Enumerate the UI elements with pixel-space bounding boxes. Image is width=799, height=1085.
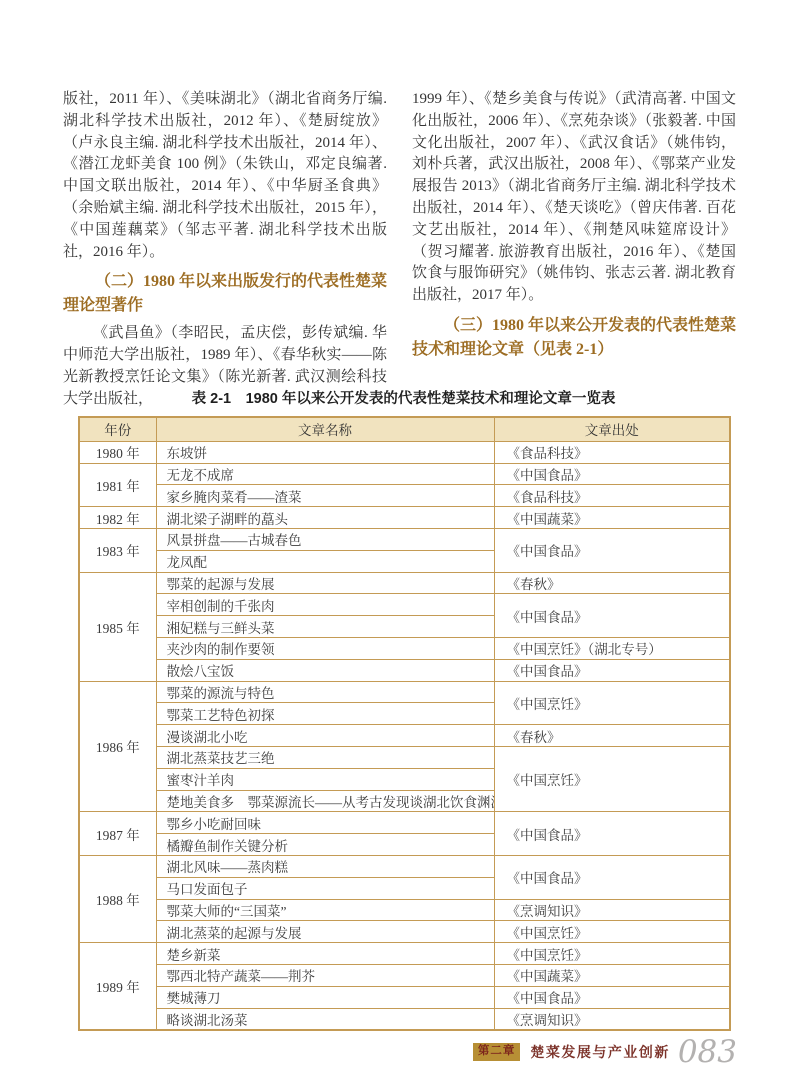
article-source-cell: 《中国食品》: [494, 659, 730, 681]
table-row: 1983 年风景拼盘——古城春色《中国食品》: [79, 528, 730, 550]
col-header-year: 年份: [79, 417, 156, 441]
article-title-cell: 马口发面包子: [156, 877, 494, 899]
article-source-cell: 《烹调知识》: [494, 899, 730, 921]
article-source-cell: 《食品科技》: [494, 485, 730, 507]
chapter-badge: 第二章: [473, 1043, 521, 1061]
table-block: 表 2-1 1980 年以来公开发表的代表性楚菜技术和理论文章一览表 年份 文章…: [78, 387, 729, 1031]
year-cell: 1980 年: [79, 441, 156, 463]
article-title-cell: 东坡饼: [156, 441, 494, 463]
year-cell: 1989 年: [79, 943, 156, 1031]
year-cell: 1987 年: [79, 812, 156, 856]
article-source-cell: 《春秋》: [494, 572, 730, 594]
article-title-cell: 湖北蒸菜的起源与发展: [156, 921, 494, 943]
article-source-cell: 《中国蔬菜》: [494, 507, 730, 529]
article-title-cell: 鄂西北特产蔬菜——荆芥: [156, 964, 494, 986]
col-header-source: 文章出处: [494, 417, 730, 441]
year-cell: 1983 年: [79, 528, 156, 572]
article-source-cell: 《中国烹饪》: [494, 746, 730, 811]
article-source-cell: 《中国食品》: [494, 594, 730, 638]
article-source-cell: 《中国食品》: [494, 528, 730, 572]
table-row: 漫谈湖北小吃《春秋》: [79, 725, 730, 747]
year-cell: 1985 年: [79, 572, 156, 681]
table-row: 1980 年东坡饼《食品科技》: [79, 441, 730, 463]
article-title-cell: 鄂菜大师的“三国菜”: [156, 899, 494, 921]
table-row: 宰相创制的千张肉《中国食品》: [79, 594, 730, 616]
article-title-cell: 湘妃糕与三鲜头菜: [156, 616, 494, 638]
article-title-cell: 蜜枣汁羊肉: [156, 768, 494, 790]
article-title-cell: 宰相创制的千张肉: [156, 594, 494, 616]
article-source-cell: 《烹调知识》: [494, 1008, 730, 1030]
article-title-cell: 略谈湖北汤菜: [156, 1008, 494, 1030]
table-row: 湖北蒸菜的起源与发展《中国烹饪》: [79, 921, 730, 943]
table-row: 鄂菜大师的“三国菜”《烹调知识》: [79, 899, 730, 921]
page-footer: 第二章 楚菜发展与产业创新 083: [0, 1034, 737, 1070]
article-title-cell: 楚地美食多 鄂菜源流长——从考古发现谈湖北饮食渊源: [156, 790, 494, 812]
article-title-cell: 夹沙肉的制作要领: [156, 637, 494, 659]
table-row: 散烩八宝饭《中国食品》: [79, 659, 730, 681]
article-source-cell: 《中国食品》: [494, 463, 730, 485]
right-column: 1999 年）、《楚乡美食与传说》（武清高著. 中国文化出版社，2006 年）、…: [412, 89, 736, 367]
article-source-cell: 《中国食品》: [494, 986, 730, 1008]
left-column: 版社，2011 年）、《美味湖北》（湖北省商务厅编. 湖北科学技术出版社，201…: [63, 89, 387, 411]
article-title-cell: 无龙不成席: [156, 463, 494, 485]
article-source-cell: 《中国烹饪》: [494, 921, 730, 943]
article-title-cell: 湖北梁子湖畔的藠头: [156, 507, 494, 529]
article-source-cell: 《中国食品》: [494, 855, 730, 899]
article-title-cell: 樊城薄刀: [156, 986, 494, 1008]
table-row: 1989 年楚乡新菜《中国烹饪》: [79, 943, 730, 965]
article-source-cell: 《食品科技》: [494, 441, 730, 463]
article-title-cell: 鄂菜的源流与特色: [156, 681, 494, 703]
articles-table: 年份 文章名称 文章出处 1980 年东坡饼《食品科技》1981 年无龙不成席《…: [78, 416, 731, 1031]
table-row: 1985 年鄂菜的起源与发展《春秋》: [79, 572, 730, 594]
table-row: 樊城薄刀《中国食品》: [79, 986, 730, 1008]
table-row: 1986 年鄂菜的源流与特色《中国烹饪》: [79, 681, 730, 703]
article-source-cell: 《中国烹饪》: [494, 943, 730, 965]
article-source-cell: 《春秋》: [494, 725, 730, 747]
article-title-cell: 湖北风味——蒸肉糕: [156, 855, 494, 877]
paragraph-continued: 1999 年）、《楚乡美食与传说》（武清高著. 中国文化出版社，2006 年）、…: [412, 89, 736, 307]
year-cell: 1981 年: [79, 463, 156, 507]
page-number: 083: [678, 1037, 737, 1068]
article-title-cell: 楚乡新菜: [156, 943, 494, 965]
article-title-cell: 风景拼盘——古城春色: [156, 528, 494, 550]
table-row: 鄂西北特产蔬菜——荆芥《中国蔬菜》: [79, 964, 730, 986]
table-header-row: 年份 文章名称 文章出处: [79, 417, 730, 441]
article-title-cell: 橘瓣鱼制作关键分析: [156, 834, 494, 856]
book-page: 版社，2011 年）、《美味湖北》（湖北省商务厅编. 湖北科学技术出版社，201…: [0, 0, 799, 1085]
year-cell: 1986 年: [79, 681, 156, 812]
article-source-cell: 《中国烹饪》: [494, 681, 730, 725]
article-source-cell: 《中国蔬菜》: [494, 964, 730, 986]
table-title: 表 2-1 1980 年以来公开发表的代表性楚菜技术和理论文章一览表: [78, 387, 729, 408]
chapter-title: 楚菜发展与产业创新: [530, 1042, 670, 1062]
table-row: 1982 年湖北梁子湖畔的藠头《中国蔬菜》: [79, 507, 730, 529]
article-title-cell: 湖北蒸菜技艺三绝: [156, 746, 494, 768]
article-source-cell: 《中国食品》: [494, 812, 730, 856]
table-row: 1988 年湖北风味——蒸肉糕《中国食品》: [79, 855, 730, 877]
table-row: 家乡腌肉菜肴——渣菜《食品科技》: [79, 485, 730, 507]
table-row: 1981 年无龙不成席《中国食品》: [79, 463, 730, 485]
article-title-cell: 家乡腌肉菜肴——渣菜: [156, 485, 494, 507]
table-row: 略谈湖北汤菜《烹调知识》: [79, 1008, 730, 1030]
section-heading-2: （二）1980 年以来出版发行的代表性楚菜理论型著作: [63, 270, 387, 318]
article-source-cell: 《中国烹饪》（湖北专号）: [494, 637, 730, 659]
year-cell: 1988 年: [79, 855, 156, 942]
article-title-cell: 龙凤配: [156, 550, 494, 572]
section-heading-3: （三）1980 年以来公开发表的代表性楚菜技术和理论文章（见表 2-1）: [412, 314, 736, 362]
table-row: 1987 年鄂乡小吃耐回味《中国食品》: [79, 812, 730, 834]
article-title-cell: 漫谈湖北小吃: [156, 725, 494, 747]
article-title-cell: 鄂菜工艺特色初探: [156, 703, 494, 725]
article-title-cell: 散烩八宝饭: [156, 659, 494, 681]
article-title-cell: 鄂乡小吃耐回味: [156, 812, 494, 834]
year-cell: 1982 年: [79, 507, 156, 529]
table-row: 湖北蒸菜技艺三绝《中国烹饪》: [79, 746, 730, 768]
table-row: 夹沙肉的制作要领《中国烹饪》（湖北专号）: [79, 637, 730, 659]
col-header-title: 文章名称: [156, 417, 494, 441]
article-title-cell: 鄂菜的起源与发展: [156, 572, 494, 594]
paragraph-continued: 版社，2011 年）、《美味湖北》（湖北省商务厅编. 湖北科学技术出版社，201…: [63, 89, 387, 263]
